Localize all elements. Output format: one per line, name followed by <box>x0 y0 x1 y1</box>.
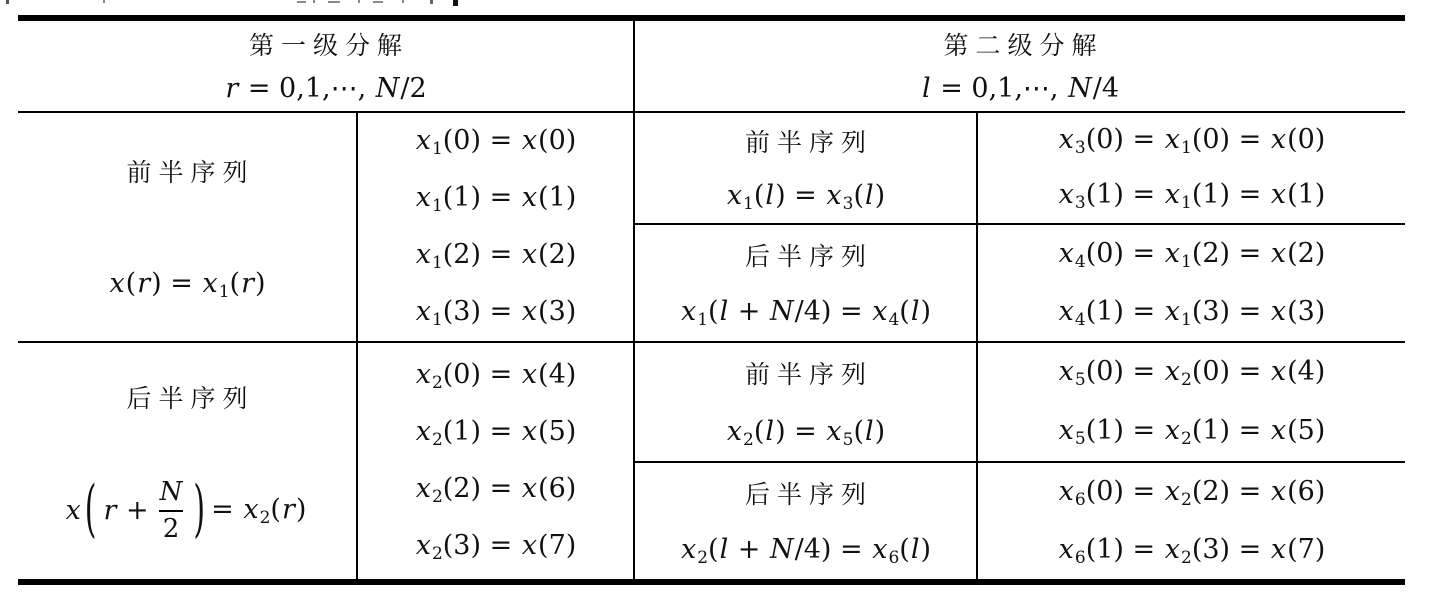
formula-line: x5(0) = x2(0) = x(4) <box>1058 356 1326 389</box>
formula-line: x1(2) = x(2) <box>415 239 577 272</box>
group1-main-label-cell: 前半序列 x(r) = x1(r) <box>18 112 357 342</box>
group1-sub1-label-cell: 前半序列 x1(l) = x3(l) <box>634 112 977 224</box>
header-cell-level2: 第二级分解 l = 0,1,⋯, N/4 <box>634 18 1405 112</box>
group2-sub2-label-cell: 后半序列 x2(l + N/4) = x6(l) <box>634 462 977 582</box>
fraction-numerator: N <box>159 479 184 506</box>
group1-sub1-values-cell: x3(0) = x1(0) = x(0) x3(1) = x1(1) = x(1… <box>977 112 1405 224</box>
close-paren: ) <box>193 480 205 542</box>
formula-line: x3(0) = x1(0) = x(0) <box>1058 124 1326 157</box>
group2-sub2-formula: x2(l + N/4) = x6(l) <box>680 534 931 567</box>
fraction: N 2 <box>159 479 184 544</box>
formula-line: x2(0) = x(4) <box>415 359 577 392</box>
level1-title: 第一级分解 <box>242 26 409 62</box>
group1-sub1-formula: x1(l) = x3(l) <box>726 180 885 213</box>
group1-sub2-label: 后半序列 <box>738 237 873 273</box>
group2-main-label-cell: 后半序列 x ( r + N 2 ) = x2(r) <box>18 342 357 582</box>
group2-sub1-values-cell: x5(0) = x2(0) = x(4) x5(1) = x2(1) = x(5… <box>977 342 1405 462</box>
group1-main-formula: x(r) = x1(r) <box>108 268 265 301</box>
group1-seq-values-cell: x1(0) = x(0) x1(1) = x(1) x1(2) = x(2) x… <box>357 112 634 342</box>
level1-range: r = 0,1,⋯, N/2 <box>224 73 426 105</box>
group1-sub2-values-cell: x4(0) = x1(2) = x(2) x4(1) = x1(3) = x(3… <box>977 224 1405 342</box>
group2-sub1-label: 前半序列 <box>738 355 873 391</box>
level2-range: l = 0,1,⋯, N/4 <box>921 73 1119 105</box>
group1-sub2-formula: x1(l + N/4) = x4(l) <box>680 296 931 329</box>
fraction-bar <box>159 510 184 512</box>
group2-sub2-label: 后半序列 <box>738 475 873 511</box>
formula-line: x6(1) = x2(3) = x(7) <box>1058 534 1326 567</box>
formula-tail: = x2(r) <box>211 494 306 527</box>
formula-line: x4(1) = x1(3) = x(3) <box>1058 296 1326 329</box>
formula-line: x1(1) = x(1) <box>415 182 577 215</box>
formula-lead: x <box>65 495 82 526</box>
open-paren: ( <box>85 480 97 542</box>
group2-main-label: 后半序列 <box>119 379 254 415</box>
group2-sub2-values-cell: x6(0) = x2(2) = x(6) x6(1) = x2(3) = x(7… <box>977 462 1405 582</box>
formula-line: x6(0) = x2(2) = x(6) <box>1058 476 1326 509</box>
group2-seq-values-cell: x2(0) = x(4) x2(1) = x(5) x2(2) = x(6) x… <box>357 342 634 582</box>
formula-line: x1(0) = x(0) <box>415 125 577 158</box>
formula-line: x4(0) = x1(2) = x(2) <box>1058 238 1326 271</box>
fraction-denominator: 2 <box>163 516 180 543</box>
formula-line: x2(1) = x(5) <box>415 416 577 449</box>
group2-sub1-formula: x2(l) = x5(l) <box>726 416 885 449</box>
formula-line: x2(3) = x(7) <box>415 530 577 563</box>
decomposition-table: 第一级分解 r = 0,1,⋯, N/2 第二级分解 l = 0,1,⋯, N/… <box>18 15 1405 585</box>
formula-line: x5(1) = x2(1) = x(5) <box>1058 415 1326 448</box>
formula-line: x1(3) = x(3) <box>415 296 577 329</box>
group2-main-formula: x ( r + N 2 ) = x2(r) <box>65 479 310 544</box>
group1-sub2-label-cell: 后半序列 x1(l + N/4) = x4(l) <box>634 224 977 342</box>
formula-line: x3(1) = x1(1) = x(1) <box>1058 179 1326 212</box>
header-cell-level1: 第一级分解 r = 0,1,⋯, N/2 <box>18 18 634 112</box>
group1-sub1-label: 前半序列 <box>738 123 873 159</box>
decomposition-table-wrap: 第一级分解 r = 0,1,⋯, N/2 第二级分解 l = 0,1,⋯, N/… <box>18 15 1405 585</box>
group2-sub1-label-cell: 前半序列 x2(l) = x5(l) <box>634 342 977 462</box>
formula-line: x2(2) = x(6) <box>415 473 577 506</box>
level2-title: 第二级分解 <box>936 26 1103 62</box>
group1-main-label: 前半序列 <box>119 153 254 189</box>
formula-inner: r + <box>103 495 149 527</box>
